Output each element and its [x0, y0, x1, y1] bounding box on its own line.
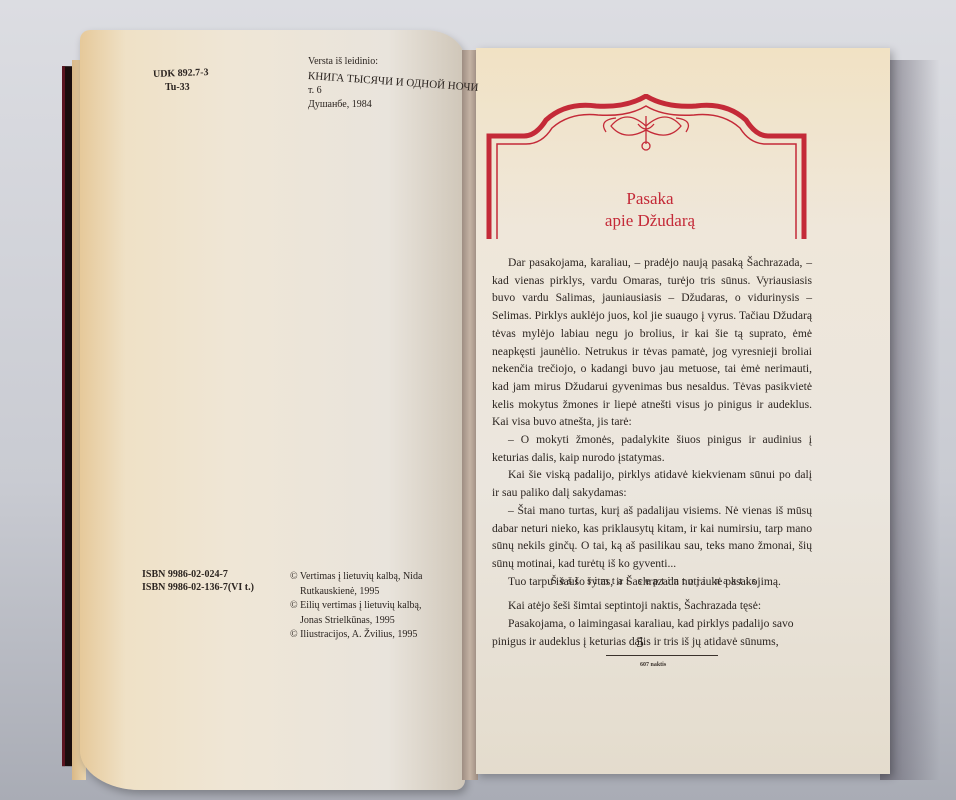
paragraph: Dar pasakojama, karaliau, – pradėjo nauj…: [492, 254, 812, 431]
paragraph: – Štai mano turtas, kurį aš padalijau vi…: [492, 502, 812, 573]
paragraph: Pasakojama, o laimingasai karaliau, kad …: [492, 615, 822, 633]
copyright-line: © Iliustracijos, A. Žvilius, 1995: [290, 628, 422, 643]
story-title: Pasaka apie Džudarą: [520, 188, 780, 232]
isbn-block: ISBN 9986-02-024-7 ISBN 9986-02-136-7(VI…: [142, 568, 254, 594]
filigree-ornament-icon: [604, 116, 689, 150]
copyright-line: Rutkauskienė, 1995: [290, 585, 422, 600]
left-page: [80, 30, 465, 790]
copyright-line: © Eilių vertimas į lietuvių kalbą,: [290, 599, 422, 614]
copyright-block: © Vertimas į lietuvių kalbą, Nida Rutkau…: [290, 570, 422, 643]
isbn-line: ISBN 9986-02-136-7(VI t.): [142, 581, 254, 594]
page-footer: 607 naktis: [640, 662, 666, 668]
udk-code: UDK 892.7-3: [153, 67, 209, 80]
story-body: Dar pasakojama, karaliau, – pradėjo nauj…: [492, 254, 812, 590]
paragraph: – O mokyti žmonės, padalykite šiuos pini…: [492, 431, 812, 466]
footer-rule: [606, 655, 718, 656]
copyright-line: Jonas Strielkūnas, 1995: [290, 614, 422, 629]
source-info: Versta iš leidinio: КНИГА ТЫСЯЧИ И ОДНОЙ…: [308, 55, 479, 112]
copyright-line: © Vertimas į lietuvių kalbą, Nida: [290, 570, 422, 585]
story-title-line: Pasaka: [520, 188, 780, 210]
page-number: 5: [620, 635, 660, 652]
night-heading: Šeši šimtai septintoji naktis: [530, 576, 780, 587]
source-label: Versta iš leidinio:: [308, 55, 479, 69]
udk-author-code: Tu-33: [165, 82, 190, 93]
paragraph: Kai šie viską padalijo, pirklys atidavė …: [492, 466, 812, 501]
paragraph: Kai atėjo šeši šimtai septintoji naktis,…: [492, 597, 822, 615]
source-place-year: Душанбе, 1984: [308, 98, 479, 112]
isbn-line: ISBN 9986-02-024-7: [142, 568, 254, 581]
story-title-line: apie Džudarą: [520, 210, 780, 232]
